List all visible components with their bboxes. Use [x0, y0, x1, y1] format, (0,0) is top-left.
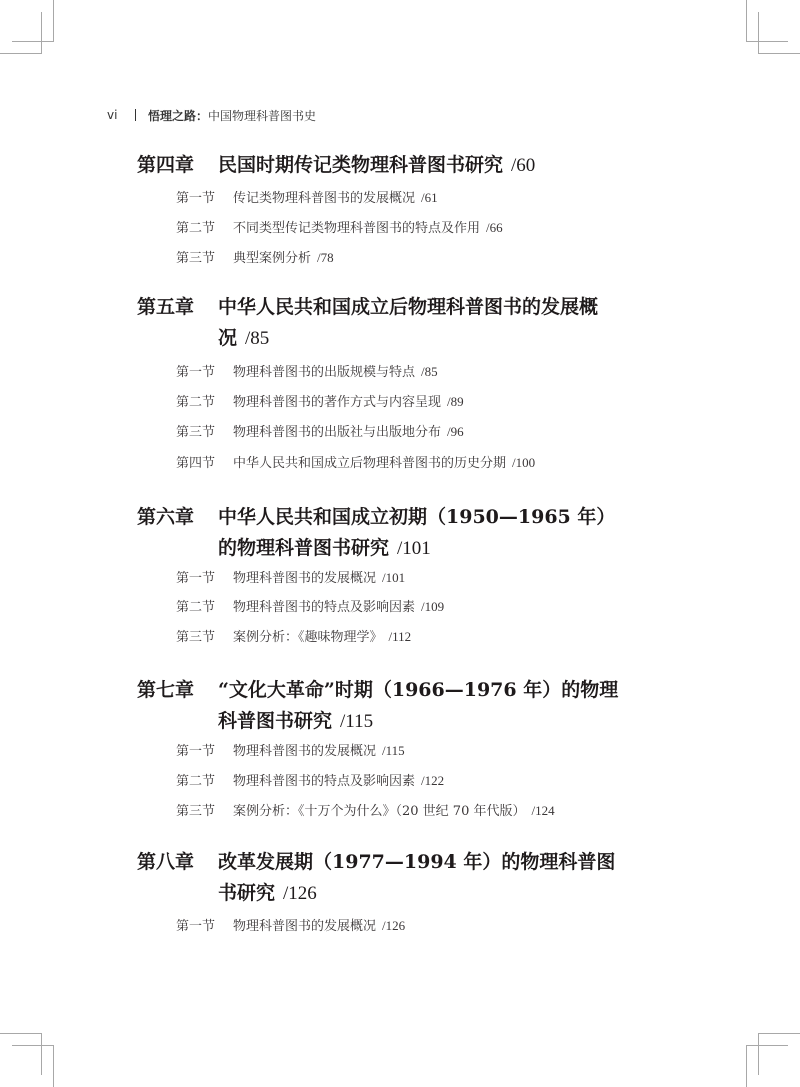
crop-mark	[758, 1033, 800, 1034]
page-number: vi	[107, 108, 135, 122]
toc-chapter[interactable]: 第七章 “文化大革命”时期（1966—1976 年）的物理科普图书研究/115	[137, 675, 657, 737]
section-page: /66	[486, 220, 503, 235]
crop-mark	[746, 0, 747, 41]
toc-section[interactable]: 第四节中华人民共和国成立后物理科普图书的历史分期/100	[176, 453, 535, 474]
crop-mark	[12, 1045, 54, 1046]
section-page: /109	[421, 599, 444, 614]
toc-section[interactable]: 第二节不同类型传记类物理科普图书的特点及作用/66	[176, 218, 503, 239]
running-header: vi 悟理之路： 中国物理科普图书史	[107, 106, 316, 124]
crop-mark	[12, 41, 54, 42]
section-page: /126	[382, 918, 405, 933]
toc-section[interactable]: 第三节物理科普图书的出版社与出版地分布/96	[176, 422, 464, 443]
section-title: 物理科普图书的出版社与出版地分布	[233, 425, 441, 440]
toc-section[interactable]: 第二节物理科普图书的特点及影响因素/109	[176, 597, 444, 618]
section-title: 物理科普图书的著作方式与内容呈现	[233, 395, 441, 410]
section-title: 中华人民共和国成立后物理科普图书的历史分期	[233, 456, 506, 471]
section-title: 物理科普图书的特点及影响因素	[233, 600, 415, 615]
chapter-label: 第四章	[137, 150, 194, 181]
toc-chapter[interactable]: 第四章 民国时期传记类物理科普图书研究/60	[137, 150, 657, 181]
crop-mark	[758, 1033, 759, 1075]
chapter-title: 民国时期传记类物理科普图书研究	[218, 154, 503, 176]
crop-mark	[41, 12, 42, 54]
section-title: 不同类型传记类物理科普图书的特点及作用	[233, 221, 480, 236]
section-page: /124	[531, 803, 554, 818]
section-title: 物理科普图书的发展概况	[233, 919, 376, 934]
book-title-main: 悟理之路：	[148, 107, 208, 124]
chapter-page: /101	[397, 538, 431, 559]
crop-mark	[0, 53, 42, 54]
toc-chapter[interactable]: 第六章 中华人民共和国成立初期（1950—1965 年）的物理科普图书研究/10…	[137, 502, 657, 564]
section-title: 典型案例分析	[233, 251, 311, 266]
section-page: /112	[389, 629, 412, 644]
section-label: 第二节	[176, 598, 233, 618]
section-label: 第一节	[176, 917, 233, 937]
section-page: /100	[512, 455, 535, 470]
book-title-sub: 中国物理科普图书史	[208, 107, 316, 124]
section-page: /78	[317, 250, 334, 265]
section-label: 第四节	[176, 454, 233, 474]
toc-section[interactable]: 第二节物理科普图书的特点及影响因素/122	[176, 771, 444, 792]
section-page: /96	[447, 424, 464, 439]
chapter-label: 第六章	[137, 502, 194, 533]
section-label: 第二节	[176, 772, 233, 792]
crop-mark	[746, 1045, 747, 1087]
chapter-label: 第八章	[137, 847, 194, 878]
section-label: 第三节	[176, 628, 233, 648]
section-label: 第三节	[176, 249, 233, 269]
section-page: /85	[421, 364, 438, 379]
chapter-page: /126	[283, 883, 317, 904]
toc-chapter[interactable]: 第八章 改革发展期（1977—1994 年）的物理科普图书研究/126	[137, 847, 657, 909]
section-label: 第一节	[176, 363, 233, 383]
chapter-title: 中华人民共和国成立后物理科普图书的发展概况	[218, 296, 598, 349]
toc-section[interactable]: 第一节传记类物理科普图书的发展概况/61	[176, 188, 438, 209]
toc-section[interactable]: 第二节物理科普图书的著作方式与内容呈现/89	[176, 392, 464, 413]
crop-mark	[0, 1033, 42, 1034]
section-page: /101	[382, 570, 405, 585]
toc-section[interactable]: 第三节案例分析：《十万个为什么》（20 世纪 70 年代版）/124	[176, 801, 555, 822]
section-label: 第一节	[176, 742, 233, 762]
crop-mark	[758, 53, 800, 54]
crop-mark	[746, 1045, 788, 1046]
toc-section[interactable]: 第一节物理科普图书的出版规模与特点/85	[176, 362, 438, 383]
section-page: /115	[382, 743, 405, 758]
chapter-page: /115	[340, 711, 373, 732]
crop-mark	[758, 12, 759, 54]
chapter-label: 第七章	[137, 675, 194, 706]
header-divider	[135, 109, 136, 121]
section-page: /122	[421, 773, 444, 788]
crop-mark	[746, 41, 788, 42]
toc-chapter[interactable]: 第五章 中华人民共和国成立后物理科普图书的发展概况/85	[137, 292, 657, 354]
section-title: 物理科普图书的发展概况	[233, 571, 376, 586]
section-label: 第一节	[176, 189, 233, 209]
crop-mark	[41, 1033, 42, 1075]
section-label: 第二节	[176, 393, 233, 413]
chapter-title: “文化大革命”时期（1966—1976 年）的物理科普图书研究	[218, 679, 618, 732]
section-title: 物理科普图书的特点及影响因素	[233, 774, 415, 789]
section-title: 物理科普图书的出版规模与特点	[233, 365, 415, 380]
section-label: 第三节	[176, 423, 233, 443]
section-title: 案例分析：《趣味物理学》	[233, 630, 383, 645]
section-label: 第三节	[176, 802, 233, 822]
chapter-label: 第五章	[137, 292, 194, 323]
chapter-title: 改革发展期（1977—1994 年）的物理科普图书研究	[218, 851, 615, 904]
toc-section[interactable]: 第一节物理科普图书的发展概况/126	[176, 916, 405, 937]
section-title: 案例分析：《十万个为什么》（20 世纪 70 年代版）	[233, 804, 525, 819]
section-page: /89	[447, 394, 464, 409]
section-title: 物理科普图书的发展概况	[233, 744, 376, 759]
toc-section[interactable]: 第一节物理科普图书的发展概况/115	[176, 741, 405, 762]
toc-section[interactable]: 第三节典型案例分析/78	[176, 248, 334, 269]
section-label: 第一节	[176, 569, 233, 589]
section-page: /61	[421, 190, 438, 205]
section-label: 第二节	[176, 219, 233, 239]
crop-mark	[53, 0, 54, 41]
toc-section[interactable]: 第一节物理科普图书的发展概况/101	[176, 568, 405, 589]
toc-section[interactable]: 第三节案例分析：《趣味物理学》/112	[176, 627, 411, 648]
crop-mark	[53, 1045, 54, 1087]
chapter-page: /60	[511, 155, 535, 176]
section-title: 传记类物理科普图书的发展概况	[233, 191, 415, 206]
chapter-page: /85	[245, 328, 269, 349]
